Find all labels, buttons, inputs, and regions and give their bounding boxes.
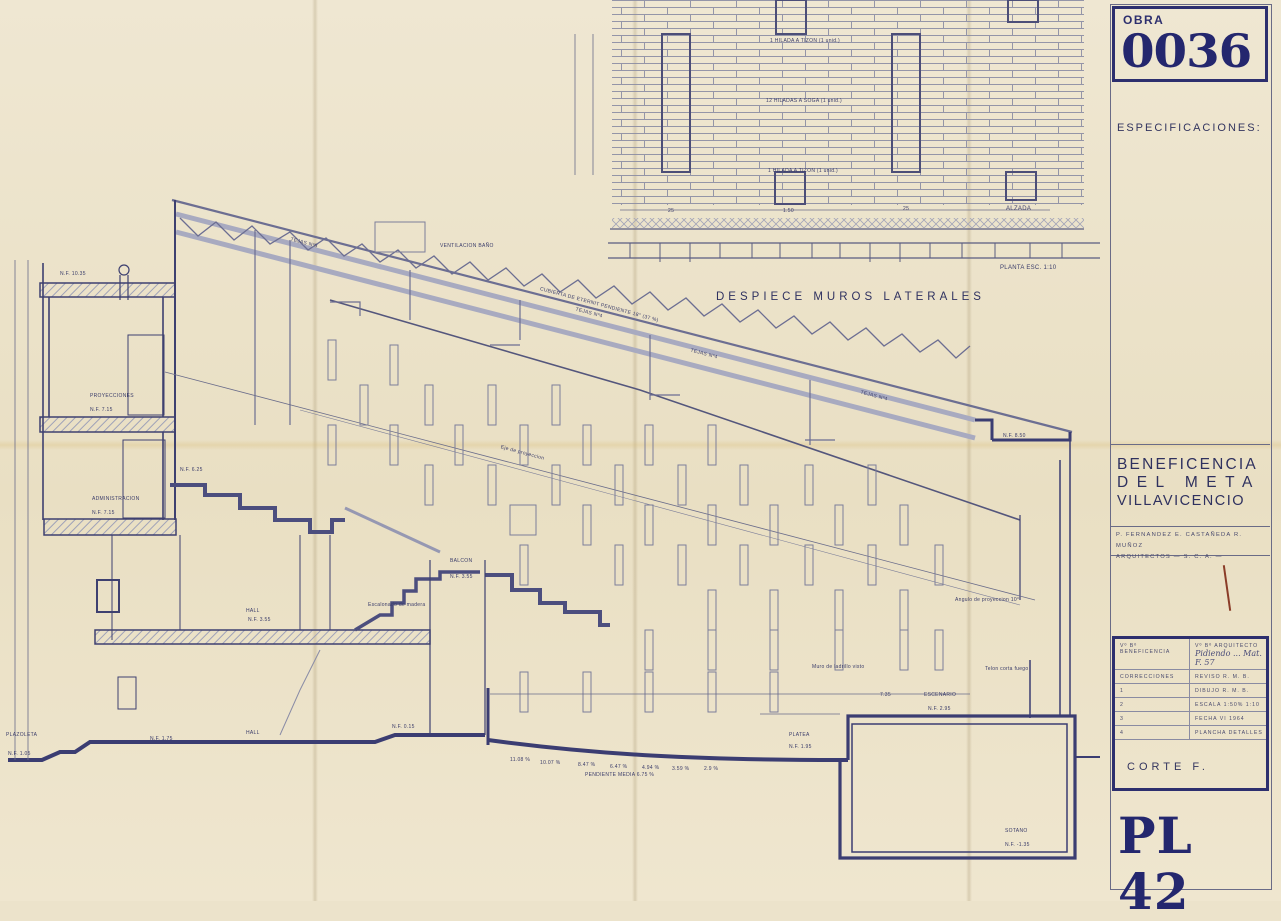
room-balcony: BALCON: [450, 558, 472, 564]
section-name: CORTE F.: [1127, 761, 1209, 773]
wall-detail-title: DESPIECE MUROS LATERALES: [716, 291, 985, 303]
plan-label: PLANTA ESC. 1:10: [1000, 265, 1056, 271]
room-stage: ESCENARIO: [924, 692, 956, 698]
room-basement: SOTANO: [1005, 828, 1028, 834]
architect-signature: Pidiendo ... Mat. F. 57: [1195, 649, 1266, 667]
architect-firm: ARQUITECTOS — S. C. A. —: [1110, 552, 1270, 563]
stair-note: Escalonado de madera: [368, 602, 425, 608]
floor-slope: 6.47 %: [610, 764, 627, 770]
elevation-label: ALZADA: [1006, 206, 1031, 212]
floor-slope: 2.9 %: [704, 766, 718, 772]
level-mark: N.F. 3.55: [248, 617, 271, 623]
level-mark: N.F. 1.05: [8, 751, 31, 757]
floor-slope: 11.08 %: [510, 757, 530, 763]
brick-note-middle: 12 HILADAS A SOGA (1 unid.): [766, 98, 842, 104]
brick-note-bottom: 1 HILADA A TIZON (1 unid.): [768, 168, 838, 174]
correction-4: 4: [1115, 726, 1190, 740]
section-drawing: [0, 0, 1281, 901]
dim-25: 25: [668, 208, 674, 214]
project-line-2: DEL META: [1110, 474, 1270, 492]
room-hall-lower: HALL: [246, 730, 260, 736]
correction-3: 3: [1115, 712, 1190, 726]
architect-approval: Vº Bº ARQUITECTO Pidiendo ... Mat. F. 57: [1190, 639, 1267, 670]
level-mark: N.F. 2.95: [928, 706, 951, 712]
stage-dimension: 7.35: [880, 692, 891, 698]
brick-note-top: 1 HILADA A TIZON (1 unid.): [770, 38, 840, 44]
architect-names: P. FERNANDEZ E. CASTAÑEDA R. MUÑOZ: [1110, 527, 1270, 552]
level-mark: N.F. 8.50: [1003, 433, 1026, 439]
room-hall-upper: HALL: [246, 608, 260, 614]
level-mark: N.F. 7.15: [92, 510, 115, 516]
date-cell: FECHA VI 1964: [1190, 712, 1267, 726]
level-mark: N.F. 10.35: [60, 271, 86, 277]
room-platea: PLATEA: [789, 732, 810, 738]
acoustic-note: Muro de ladrillo visto: [812, 664, 864, 670]
floor-slope: 8.47 %: [578, 762, 595, 768]
level-mark: N.F. 1.95: [789, 744, 812, 750]
level-mark: N.F. -1.35: [1005, 842, 1030, 848]
ventilation-label: VENTILACION BAÑO: [440, 243, 494, 249]
floor-slope: 10.07 %: [540, 760, 560, 766]
obra-number: 0036: [1121, 25, 1251, 77]
room-projection: PROYECCIONES: [90, 393, 134, 399]
correction-2: 2: [1115, 698, 1190, 712]
beneficencia-approval: Vº Bº BENEFICENCIA: [1115, 639, 1190, 670]
room-administration: ADMINISTRACION: [92, 496, 140, 502]
dim-25: 25: [903, 206, 909, 212]
drawn-cell: DIBUJO R. M. B.: [1190, 684, 1267, 698]
project-line-1: BENEFICENCIA: [1110, 445, 1270, 474]
dim-150: 1.50: [783, 208, 794, 214]
floor-slope: 3.59 %: [672, 766, 689, 772]
corrections-cell: CORRECCIONES: [1115, 670, 1190, 684]
architects-block: P. FERNANDEZ E. CASTAÑEDA R. MUÑOZ ARQUI…: [1110, 526, 1270, 556]
plate-number: PL 42: [1118, 808, 1281, 901]
project-line-3: VILLAVICENCIO: [1110, 492, 1270, 510]
level-mark: N.F. 0.15: [392, 724, 415, 730]
review-cell: REVISO R. M. B.: [1190, 670, 1267, 684]
specifications-label: ESPECIFICACIONES:: [1117, 122, 1262, 134]
obra-box: OBRA 0036: [1112, 6, 1268, 82]
plazoleta-label: PLAZOLETA: [6, 732, 37, 738]
floor-slope: 4.94 %: [642, 765, 659, 771]
sheet-type-cell: PLANCHA DETALLES: [1190, 726, 1267, 740]
scale-cell: ESCALA 1:50% 1:10: [1190, 698, 1267, 712]
project-name: BENEFICENCIA DEL META VILLAVICENCIO: [1110, 444, 1270, 510]
level-mark: N.F. 3.55: [450, 574, 473, 580]
level-mark: N.F. 6.25: [180, 467, 203, 473]
roof-truss: [172, 200, 1072, 520]
level-mark: N.F. 1.75: [150, 736, 173, 742]
slope-note: PENDIENTE MEDIA 6.75 %: [585, 772, 654, 778]
auditorium: [165, 372, 1100, 858]
rake-note: Angulo de proyeccion 10°: [955, 597, 1019, 603]
level-mark: N.F. 7.15: [90, 407, 113, 413]
curtain-note: Telon corta fuego: [985, 666, 1028, 672]
correction-1: 1: [1115, 684, 1190, 698]
